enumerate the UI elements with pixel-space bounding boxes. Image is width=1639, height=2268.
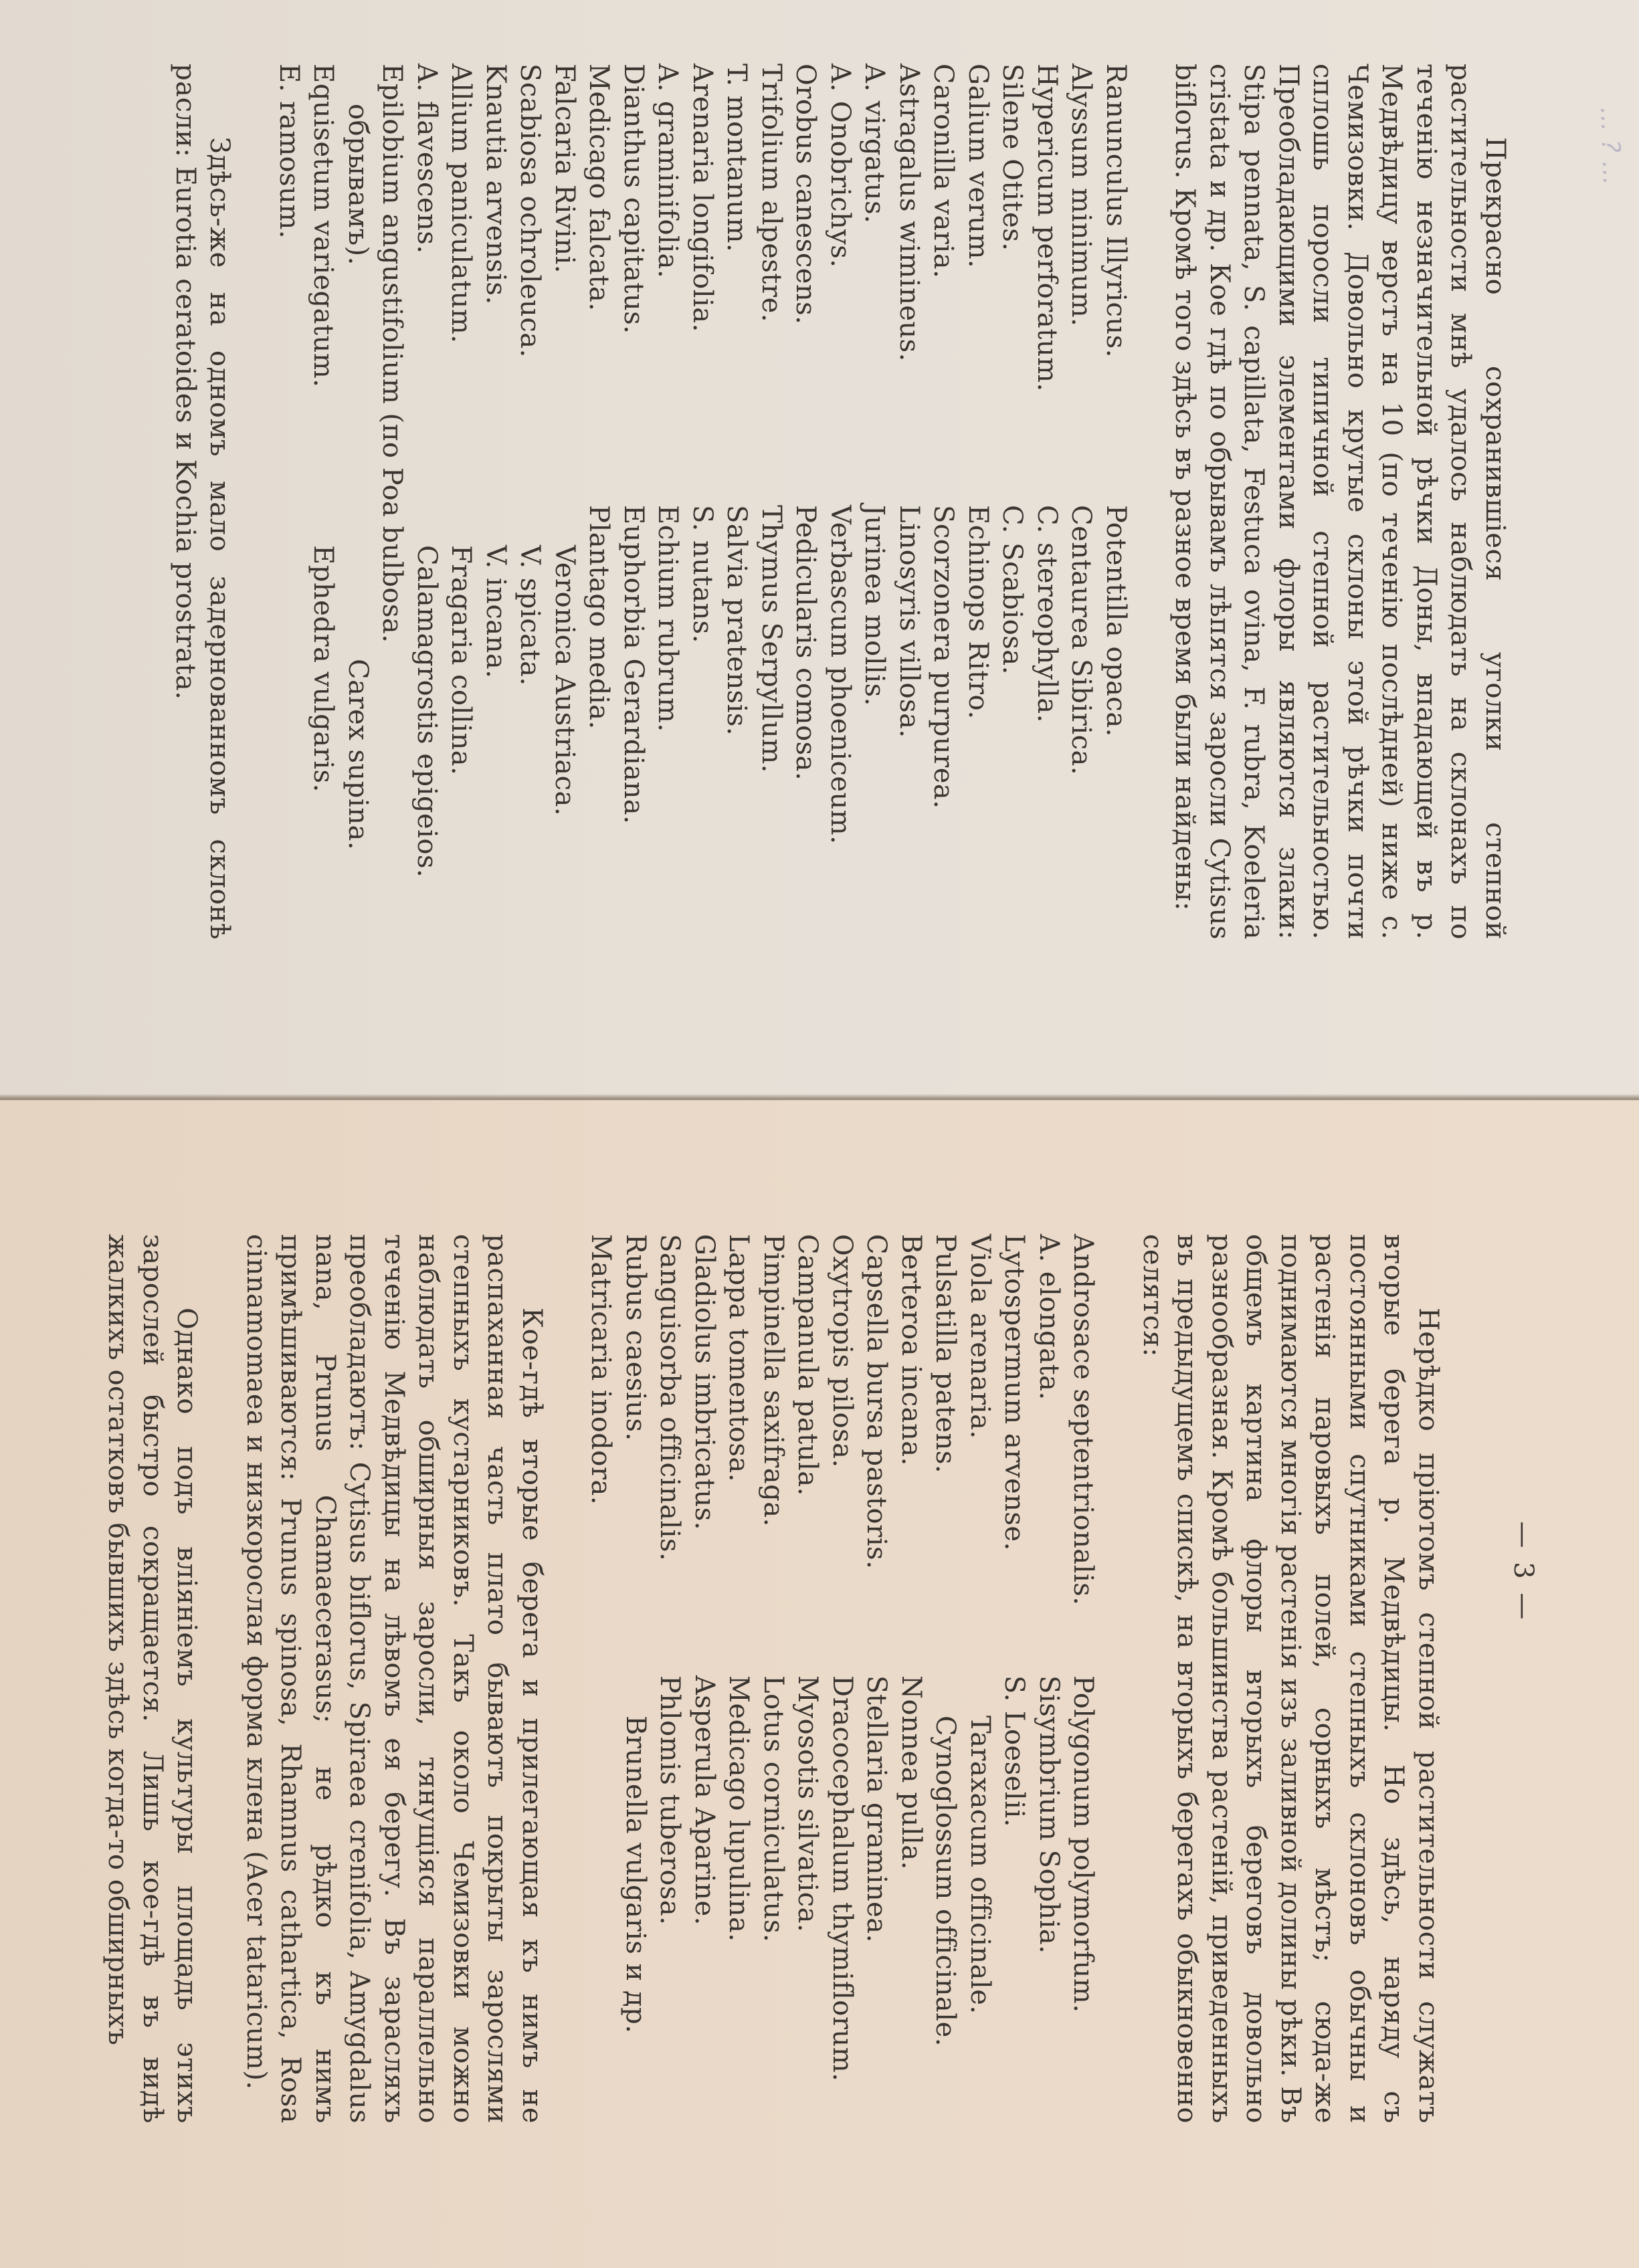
- species-item: Veronica Austriaca.: [547, 505, 582, 946]
- species-item: Capsella bursa pastoris.: [859, 1234, 894, 1675]
- species-item: Fragaria collina.: [444, 505, 478, 946]
- species-item: A. elongata.: [1032, 1234, 1066, 1675]
- species-item: Linosyris villosa.: [892, 505, 927, 946]
- species-item: Viola arenaria.: [963, 1234, 997, 1675]
- species-item: Sanguisorba officinalis.: [652, 1234, 687, 1675]
- left-page-text: Прекрасно сохранившіеся уголки степной р…: [168, 64, 1513, 940]
- species-item: обрывамъ).: [341, 64, 375, 505]
- species-item: Cynoglossum officinale.: [928, 1675, 963, 2117]
- species-item: Astragalus wimineus.: [892, 64, 927, 505]
- species-item: Stellaria graminea.: [859, 1675, 894, 2117]
- species-item: Dracocephalum thymiflorum.: [825, 1675, 860, 2117]
- species-item: A. flavescens.: [409, 64, 444, 505]
- species-item: Potentilla opaca.: [1098, 505, 1133, 946]
- species-item: Allium paniculatum.: [444, 64, 478, 505]
- species-item: Phlomis tuberosa.: [652, 1675, 687, 2117]
- species-item: Scabiosa ochroleuca.: [512, 64, 547, 505]
- species-item: [272, 505, 306, 946]
- species-item: Androsace septentrionalis.: [1066, 1234, 1100, 1675]
- species-item: Calamagrostis epigeios.: [409, 505, 444, 946]
- species-item: S. Loeselii.: [997, 1675, 1032, 2117]
- species-item: Brunella vulgaris и др.: [618, 1675, 653, 2117]
- species-item: Dianthus capitatus.: [616, 64, 651, 505]
- species-item: Arenaria longifolia.: [685, 64, 720, 505]
- species-item: C. stereophylla.: [1030, 505, 1064, 946]
- species-item: Lappa tomentosa.: [721, 1234, 756, 1675]
- species-item: Orobus canescens.: [788, 64, 823, 505]
- species-item: Ranunculus Illyricus.: [1098, 64, 1133, 505]
- species-item: Nonnea pulla.: [894, 1675, 929, 2117]
- species-item: Salvia pratensis.: [719, 505, 754, 946]
- closing-paragraph: Здѣсь-же на одномъ мало задернованномъ с…: [168, 64, 237, 940]
- species-item: Euphorbia Gerardiana.: [616, 505, 651, 946]
- species-item: Polygonum polymorfum.: [1066, 1675, 1100, 2117]
- closing-paragraph: Однако подъ вліяніемъ культуры площадь э…: [100, 1234, 204, 2124]
- species-item: Gladiolus imbricatus.: [687, 1234, 722, 1675]
- species-item: Medicago falcata.: [581, 64, 616, 505]
- species-item: Medicago lupulina.: [721, 1675, 756, 2117]
- species-item: V. incana.: [478, 505, 513, 946]
- species-item: E. ramosum.: [272, 64, 306, 505]
- species-item: Taraxacum officinale.: [963, 1675, 997, 2117]
- species-item: Epilobium angustifolium (по Poa bulbosa.: [375, 64, 409, 946]
- species-item: Echinops Ritro.: [961, 505, 995, 946]
- species-item: Ephedra vulgaris.: [306, 505, 341, 946]
- species-item: Plantago media.: [581, 505, 616, 946]
- species-item: Myosotis silvatica.: [790, 1675, 825, 2117]
- species-item: V. spicata.: [512, 505, 547, 946]
- species-item: Scorzonera purpurea.: [926, 505, 961, 946]
- intro-paragraph: Нерѣдко пріютомъ степной растительности …: [1135, 1234, 1446, 2124]
- species-item: Hypericum perforatum.: [1030, 64, 1064, 505]
- species-item: Knautia arvensis.: [478, 64, 513, 505]
- species-item: Echium rubrum.: [650, 505, 685, 946]
- species-item: Thymus Serpyllum.: [754, 505, 789, 946]
- species-item: Campanula patula.: [790, 1234, 825, 1675]
- shrubs-paragraph: Кое-гдѣ вторые берега и прилегающая къ н…: [239, 1234, 549, 2124]
- species-item: Jurinea mollis.: [857, 505, 892, 946]
- species-item: C. Scabiosa.: [995, 505, 1030, 946]
- species-item: Caronilla varia.: [926, 64, 961, 505]
- intro-paragraph: Прекрасно сохранившіеся уголки степной р…: [1167, 64, 1512, 940]
- species-item: Pulsatilla patens.: [928, 1234, 963, 1675]
- species-item: Sisymbrium Sophia.: [1032, 1675, 1066, 2117]
- species-item: Berteroa incana.: [894, 1234, 929, 1675]
- species-item: Lytospermum arvense.: [997, 1234, 1032, 1675]
- species-item: Oxytropis pilosa.: [825, 1234, 860, 1675]
- species-list: Ranunculus Illyricus. Potentilla opaca. …: [272, 64, 1133, 940]
- species-item: S. nutans.: [685, 505, 720, 946]
- species-item: Pimpinella saxifraga.: [756, 1234, 791, 1675]
- left-page: ... ? ... Прекрасно сохранившіеся уголки…: [0, 0, 1639, 1100]
- species-item: Verbascum phoeniceum.: [823, 505, 858, 946]
- species-list: Androsace septentrionalis. Polygonum pol…: [583, 1234, 1100, 2124]
- species-item: Pedicularis comosa.: [788, 505, 823, 946]
- species-item: Equisetum variegatum.: [306, 64, 341, 505]
- species-item: Carex supina.: [341, 505, 375, 946]
- species-item: Silene Otites.: [995, 64, 1030, 505]
- pencil-annotation: ... ? ...: [1595, 106, 1627, 185]
- species-item: Centaurea Sibirica.: [1064, 505, 1098, 946]
- book-spread: ... ? ... Прекрасно сохранившіеся уголки…: [0, 0, 1639, 2268]
- species-item: Matricaria inodora.: [583, 1234, 618, 1675]
- species-item: T. montanum.: [719, 64, 754, 505]
- right-page-text: Нерѣдко пріютомъ степной растительности …: [100, 1234, 1445, 2124]
- species-item: Trifolium alpestre.: [754, 64, 789, 505]
- species-item: Galium verum.: [961, 64, 995, 505]
- species-item: Rubus caesius.: [618, 1234, 653, 1675]
- species-item: [583, 1675, 618, 2117]
- page-number: — 3 —: [1508, 1471, 1539, 1672]
- species-item: A. graminifolia.: [650, 64, 685, 505]
- species-item: Falcaria Rivini.: [547, 64, 582, 505]
- species-item: A. Onobrichys.: [823, 64, 858, 505]
- species-item: Lotus corniculatus.: [756, 1675, 791, 2117]
- species-item: Alyssum minimum.: [1064, 64, 1098, 505]
- species-item: Asperula Aparine.: [687, 1675, 722, 2117]
- species-item: A. virgatus.: [857, 64, 892, 505]
